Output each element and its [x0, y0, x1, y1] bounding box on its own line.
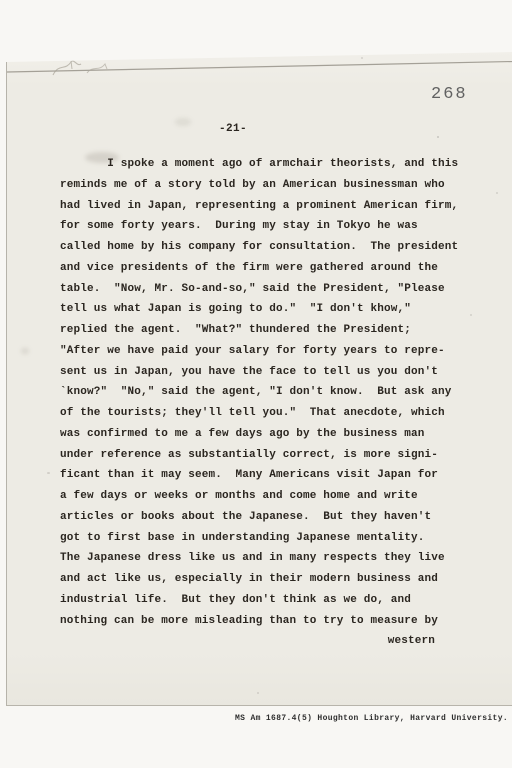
typescript-line: had lived in Japan, representing a promi…: [60, 196, 462, 217]
archive-page-number: 268: [431, 85, 468, 104]
paper-speck: [257, 692, 259, 694]
typescript-line: table. "Now, Mr. So-and-so," said the Pr…: [60, 279, 462, 300]
typescript-line: for some forty years. During my stay in …: [60, 216, 462, 237]
paper-speck: [496, 192, 498, 194]
typescript-line: got to first base in understanding Japan…: [60, 528, 462, 549]
typescript-line: under reference as substantially correct…: [60, 445, 462, 466]
ink-smudge: [175, 118, 191, 126]
typescript-lines: I spoke a moment ago of armchair theoris…: [60, 154, 462, 631]
paper-speck: [361, 57, 363, 59]
pencil-scribble: [47, 55, 147, 83]
scan-background: 268 -21- I spoke a moment ago of armchai…: [0, 0, 512, 768]
library-caption: MS Am 1687.4(5) Houghton Library, Harvar…: [235, 714, 508, 723]
typescript-line: and act like us, especially in their mod…: [60, 569, 462, 590]
typescript-line: and vice presidents of the firm were gat…: [60, 258, 462, 279]
typescript-line: called home by his company for consultat…: [60, 237, 462, 258]
paper-speck: [470, 314, 472, 316]
page-number: -21-: [219, 123, 247, 135]
paper-speck: [47, 472, 50, 474]
typescript-line: replied the agent. "What?" thundered the…: [60, 320, 462, 341]
page-top-edge: [7, 61, 512, 75]
paper-speck: [437, 136, 439, 138]
typescript-line: sent us in Japan, you have the face to t…: [60, 362, 462, 383]
ink-smudge: [21, 348, 29, 354]
typescript-line: "After we have paid your salary for fort…: [60, 341, 462, 362]
typescript-line: ficant than it may seem. Many Americans …: [60, 465, 462, 486]
catchword: western: [60, 631, 462, 652]
typescript-line: a few days or weeks or months and come h…: [60, 486, 462, 507]
typescript-line: I spoke a moment ago of armchair theoris…: [60, 154, 462, 175]
typescript-line: was confirmed to me a few days ago by th…: [60, 424, 462, 445]
typescript-body: I spoke a moment ago of armchair theoris…: [60, 154, 462, 652]
typescript-page: 268 -21- I spoke a moment ago of armchai…: [6, 52, 512, 706]
typescript-line: The Japanese dress like us and in many r…: [60, 548, 462, 569]
typescript-line: articles or books about the Japanese. Bu…: [60, 507, 462, 528]
typescript-line: reminds me of a story told by an America…: [60, 175, 462, 196]
typescript-line: `know?" "No," said the agent, "I don't k…: [60, 382, 462, 403]
typescript-line: industrial life. But they don't think as…: [60, 590, 462, 611]
typescript-line: nothing can be more misleading than to t…: [60, 611, 462, 632]
typescript-line: tell us what Japan is going to do." "I d…: [60, 299, 462, 320]
typescript-line: of the tourists; they'll tell you." That…: [60, 403, 462, 424]
